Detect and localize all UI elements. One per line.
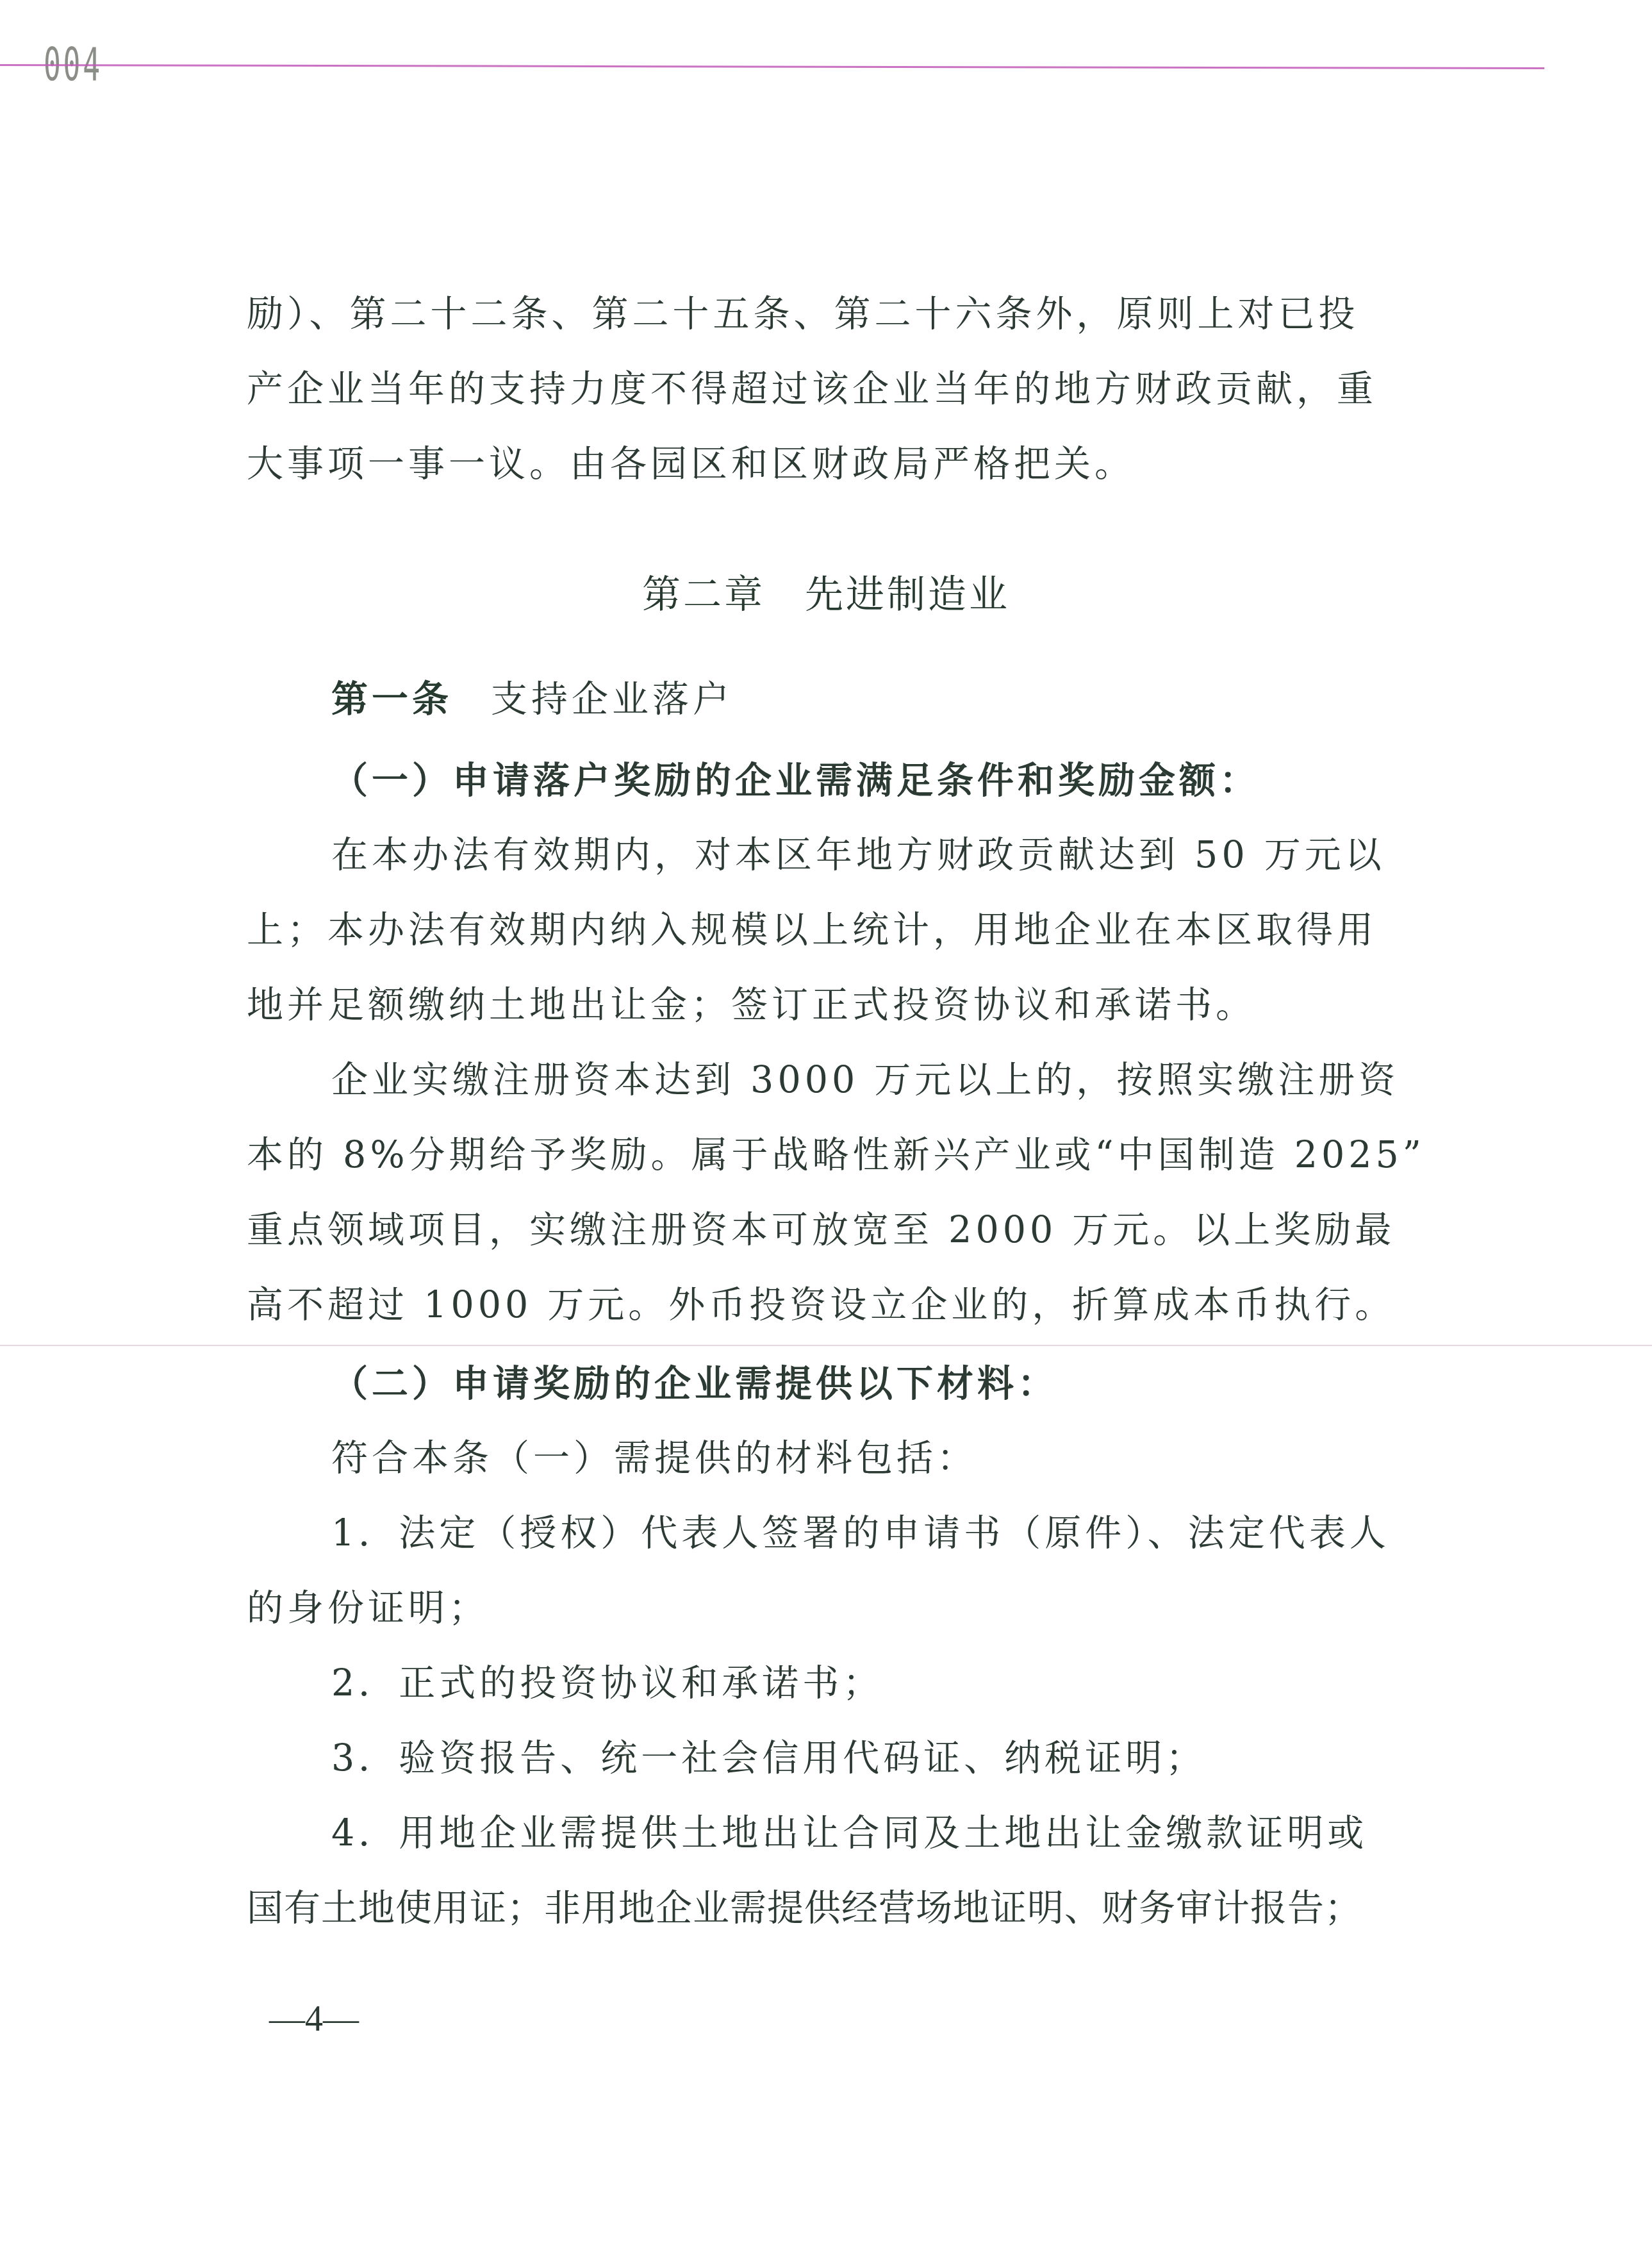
text-line: 地并足额缴纳土地出让金；签订正式投资协议和承诺书。 (247, 968, 1423, 1043)
list-item-4-line-2: 国有土地使用证；非用地企业需提供经营场地证明、财务审计报告； (247, 1871, 1423, 1946)
text-line: 上；本办法有效期内纳入规模以上统计，用地企业在本区取得用 (247, 893, 1423, 968)
list-item-3: 3．验资报告、统一社会信用代码证、纳税证明； (247, 1721, 1423, 1796)
intro-paragraph: 励）、第二十二条、第二十五条、第二十六条外，原则上对已投 产企业当年的支持力度不… (247, 277, 1423, 502)
article-number: 第一条 (331, 678, 452, 720)
section-1-heading: （一）申请落户奖励的企业需满足条件和奖励金额： (247, 743, 1423, 818)
text-line: 大事项一事一议。由各园区和区财政局严格把关。 (247, 427, 1423, 502)
page-number: —4— (269, 1999, 359, 2040)
text-line: 企业实缴注册资本达到 3000 万元以上的，按照实缴注册资 (247, 1043, 1423, 1118)
section-2-heading: （二）申请奖励的企业需提供以下材料： (247, 1346, 1423, 1421)
list-item-1-line-2: 的身份证明； (247, 1571, 1423, 1646)
section-2-intro: 符合本条（一）需提供的材料包括： (247, 1421, 1423, 1496)
section-2: （二）申请奖励的企业需提供以下材料： 符合本条（一）需提供的材料包括： 1．法定… (247, 1346, 1423, 1946)
text-line: 产企业当年的支持力度不得超过该企业当年的地方财政贡献，重 (247, 352, 1423, 427)
chapter-number: 第二章 (642, 572, 765, 617)
section-1: （一）申请落户奖励的企业需满足条件和奖励金额： 在本办法有效期内，对本区年地方财… (247, 743, 1423, 1343)
list-item-4-line-1: 4．用地企业需提供土地出让合同及土地出让金缴款证明或 (247, 1796, 1423, 1871)
chapter-heading: 第二章先进制造业 (0, 564, 1652, 619)
article-title: 支持企业落户 (491, 678, 733, 720)
text-line: 励）、第二十二条、第二十五条、第二十六条外，原则上对已投 (247, 277, 1423, 352)
chapter-title: 先进制造业 (805, 572, 1010, 617)
article-heading: 第一条支持企业落户 (331, 670, 733, 722)
text-line: 重点领域项目，实缴注册资本可放宽至 2000 万元。以上奖励最 (247, 1193, 1423, 1268)
text-line: 高不超过 1000 万元。外币投资设立企业的，折算成本币执行。 (247, 1268, 1423, 1343)
text-line: 在本办法有效期内，对本区年地方财政贡献达到 50 万元以 (247, 818, 1423, 893)
list-item-1-line-1: 1．法定（授权）代表人签署的申请书（原件）、法定代表人 (247, 1496, 1423, 1571)
text-line: 本的 8%分期给予奖励。属于战略性新兴产业或“中国制造 2025” (247, 1118, 1423, 1193)
list-item-2: 2．正式的投资协议和承诺书； (247, 1646, 1423, 1721)
header-rule (0, 64, 1544, 69)
